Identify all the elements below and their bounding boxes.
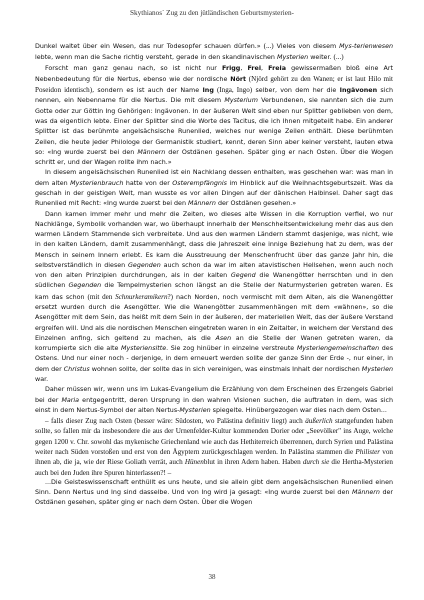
emphasis: Philister [355, 448, 380, 456]
paragraph-4: Dann kamen immer mehr und mehr die Zeite… [35, 210, 393, 386]
text: Dunkel waltet über ein Wesen, das nur To… [35, 43, 264, 50]
emphasis: Gegenden [128, 262, 161, 269]
emphasis: Mysteriensitte [121, 345, 166, 352]
text: ...Die Geisteswissenschaft enthüllt es u… [35, 479, 393, 496]
annotation: (mit den [88, 293, 116, 301]
paragraph-5: Daher müssen wir, wenn uns im Lukas-Evan… [35, 385, 393, 416]
text: lebte, wenn man die Sache richtig verste… [35, 54, 277, 61]
text: . Sie zog hinüber in einzelne verstreute [166, 345, 297, 352]
emphasis: durch sie [303, 458, 329, 466]
bold-term: Freia [268, 65, 286, 72]
text: der Ostdänen gesehen.» [216, 200, 296, 207]
text: spiegelte. Hinübergezogen war dies nach … [211, 407, 387, 414]
emphasis: Mysterien [179, 407, 210, 414]
bold-term: Ing [202, 87, 213, 94]
emphasis: Mysterium [224, 97, 258, 104]
text: weiter. [308, 54, 333, 61]
text: hatte von der [123, 180, 172, 187]
page-number: 38 [0, 573, 424, 581]
bold-term: Ingävonen [340, 87, 378, 94]
ellipsis: (...) [264, 42, 274, 50]
text: selber, von dem her die [252, 87, 339, 94]
emphasis: Asen [216, 335, 232, 342]
emphasis: Mysterien [362, 366, 393, 373]
emphasis: Maria [61, 397, 79, 404]
paragraph-1: Dunkel waltet über ein Wesen, das nur To… [35, 41, 393, 64]
annotation: (Inga, Ingo) [214, 86, 252, 94]
document-body: Dunkel waltet über ein Wesen, das nur To… [35, 41, 393, 509]
bold-term: Nört [230, 76, 246, 83]
emphasis: Christus [64, 366, 90, 373]
emphasis: äußerlich [305, 417, 332, 425]
text: , sondern es ist auch der Name [92, 87, 202, 94]
text: Dann kamen immer mehr und mehr die Zeite… [35, 211, 393, 269]
emphasis: Männern [137, 149, 165, 156]
emphasis: Hünen [185, 458, 204, 466]
emphasis: Mysteriengemeinschaften [297, 345, 379, 352]
text: blut in ihren Adern haben. Haben [204, 458, 303, 466]
text: wohnen sollte, der sollte das in sich ve… [90, 366, 362, 373]
emphasis: Mysterien [277, 54, 308, 61]
emphasis: Osterempfängnis [172, 180, 227, 187]
ellipsis: (...) [334, 53, 344, 61]
running-header: Skythianos` Zug zu den jütländischen Geb… [0, 9, 424, 17]
emphasis: Männern [188, 200, 216, 207]
emphasis: Mys-terienwesen [339, 43, 393, 50]
paragraph-7: ...Die Geisteswissenschaft enthüllt es u… [35, 478, 393, 509]
emphasis: Mysterienbrauch [70, 180, 123, 187]
text: Vieles von diesem [274, 43, 340, 50]
text: – falls dieser Zug nach Osten (besser wä… [45, 417, 305, 425]
bold-term: Frei [247, 65, 261, 72]
annotation-emphasis: Schnurkeramikern [115, 293, 167, 301]
paragraph-6-commentary: – falls dieser Zug nach Osten (besser wä… [35, 416, 393, 478]
bold-term: Frigg [222, 65, 240, 72]
text: war. [35, 376, 48, 383]
text: Verbundenen, sie nannten sich die zum Go… [35, 97, 393, 155]
emphasis: Männern [352, 489, 380, 496]
emphasis: Gegend [231, 272, 256, 279]
paragraph-3: In diesem angelsächsischen Runenlied ist… [35, 168, 393, 209]
emphasis: Gegenden [68, 282, 101, 289]
paragraph-2: Forscht man ganz genau nach, so ist nich… [35, 64, 393, 169]
text: Forscht man ganz genau nach, so ist nich… [45, 65, 222, 72]
